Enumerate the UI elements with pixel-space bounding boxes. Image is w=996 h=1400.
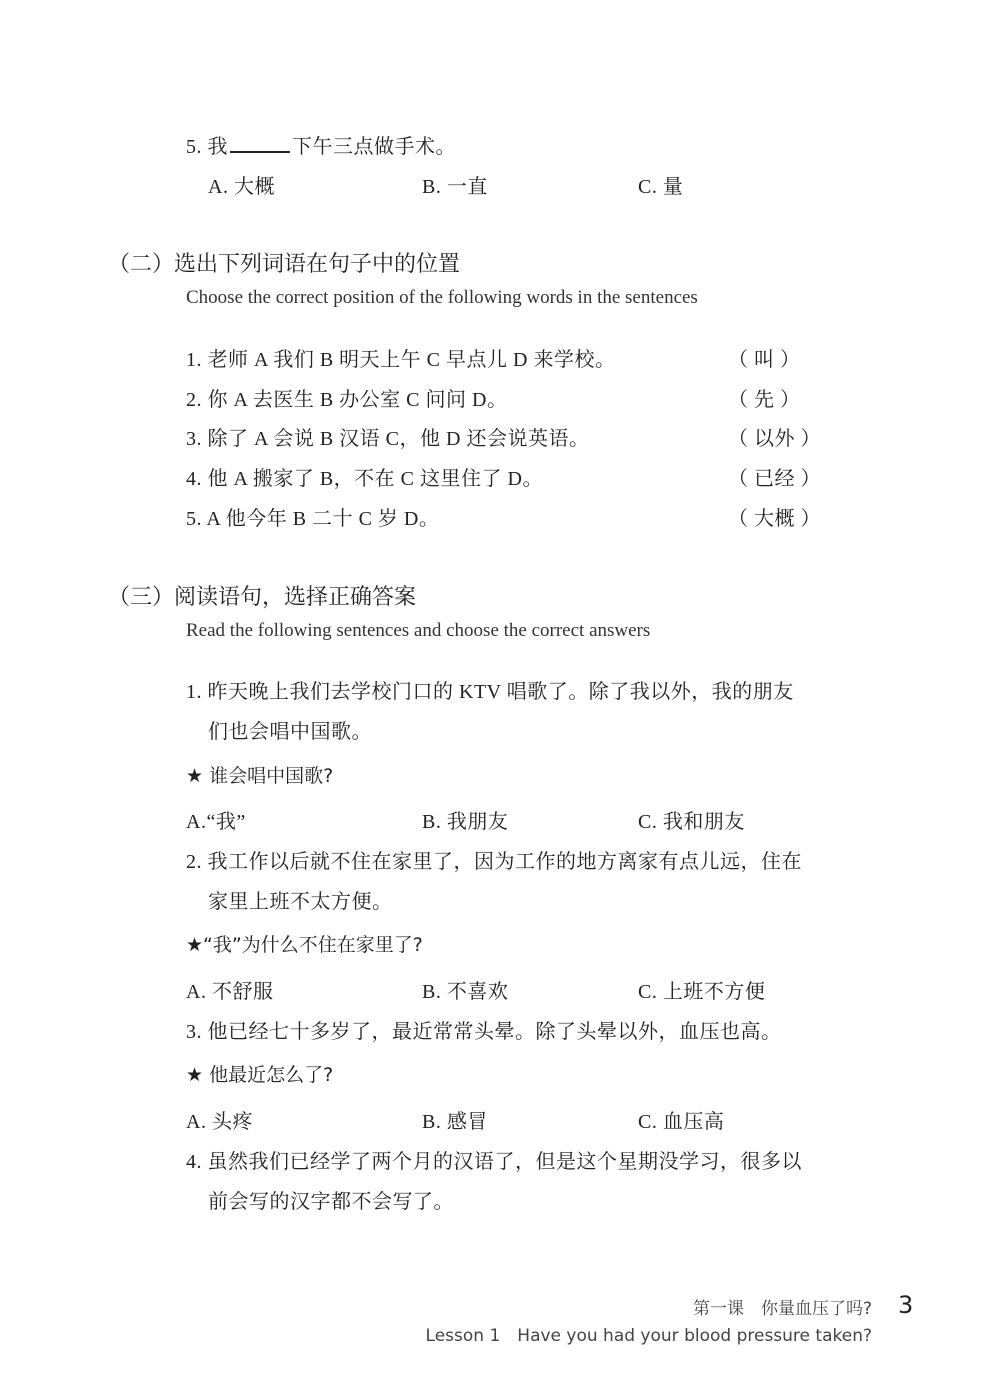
reading-question-1: ★ 谁会唱中国歌?	[186, 761, 333, 788]
answer-blank	[230, 133, 290, 153]
reading-item-1-line-2: 们也会唱中国歌。	[208, 715, 372, 744]
reading-item-2-line-1: 2. 我工作以后就不住在家里了，因为工作的地方离家有点儿远，住在	[186, 845, 802, 874]
page-number: 3	[898, 1291, 913, 1319]
section-3-subtitle: Read the following sentences and choose …	[186, 620, 650, 642]
position-item-2: 2. 你 A 去医生 B 办公室 C 问问 D。	[186, 383, 507, 412]
reading-3-option-c: C. 血压高	[638, 1105, 724, 1134]
position-word-2: （ 先 ）	[728, 383, 801, 412]
reading-item-1-line-1: 1. 昨天晚上我们去学校门口的 KTV 唱歌了。除了我以外，我的朋友	[186, 675, 794, 704]
reading-2-option-a: A. 不舒服	[186, 975, 273, 1004]
reading-2-option-c: C. 上班不方便	[638, 975, 765, 1004]
question-5-number: 5.	[186, 136, 202, 158]
reading-item-3-line-1: 3. 他已经七十多岁了，最近常常头晕。除了头晕以外，血压也高。	[186, 1015, 782, 1044]
position-item-5: 5. A 他今年 B 二十 C 岁 D。	[186, 502, 439, 531]
position-word-1: （ 叫 ）	[728, 343, 801, 372]
position-word-3: （ 以外 ）	[728, 422, 821, 451]
question-5-after: 下午三点做手术。	[292, 136, 456, 158]
reading-3-option-b: B. 感冒	[422, 1105, 488, 1134]
reading-3-option-a: A. 头疼	[186, 1105, 253, 1134]
reading-1-option-c: C. 我和朋友	[638, 805, 745, 834]
reading-2-option-b: B. 不喜欢	[422, 975, 508, 1004]
reading-1-option-a: A.“我”	[186, 805, 246, 834]
option-b: B. 一直	[422, 170, 488, 199]
reading-item-4-line-2: 前会写的汉字都不会写了。	[208, 1185, 454, 1214]
position-item-4: 4. 他 A 搬家了 B，不在 C 这里住了 D。	[186, 462, 543, 491]
position-word-5: （ 大概 ）	[728, 502, 821, 531]
reading-1-option-b: B. 我朋友	[422, 805, 508, 834]
footer-lesson-title-en: Lesson 1 Have you had your blood pressur…	[426, 1321, 872, 1346]
reading-item-2-line-2: 家里上班不太方便。	[208, 885, 393, 914]
section-3-title: （三）阅读语句，选择正确答案	[108, 580, 416, 611]
reading-item-4-line-1: 4. 虽然我们已经学了两个月的汉语了，但是这个星期没学习，很多以	[186, 1145, 802, 1174]
option-a: A. 大概	[208, 170, 275, 199]
reading-question-3: ★ 他最近怎么了?	[186, 1060, 333, 1087]
question-5-before: 我	[208, 136, 229, 158]
footer-lesson-title-cn: 第一课 你量血压了吗?	[693, 1294, 872, 1319]
reading-question-2: ★“我”为什么不住在家里了?	[186, 930, 423, 957]
section-2-title: （二）选出下列词语在句子中的位置	[108, 247, 460, 278]
option-c: C. 量	[638, 170, 683, 199]
question-5-fill-blank: 5. 我下午三点做手术。	[186, 130, 456, 159]
position-item-3: 3. 除了 A 会说 B 汉语 C，他 D 还会说英语。	[186, 422, 589, 451]
section-2-subtitle: Choose the correct position of the follo…	[186, 287, 698, 309]
position-item-1: 1. 老师 A 我们 B 明天上午 C 早点儿 D 来学校。	[186, 343, 615, 372]
position-word-4: （ 已经 ）	[728, 462, 821, 491]
